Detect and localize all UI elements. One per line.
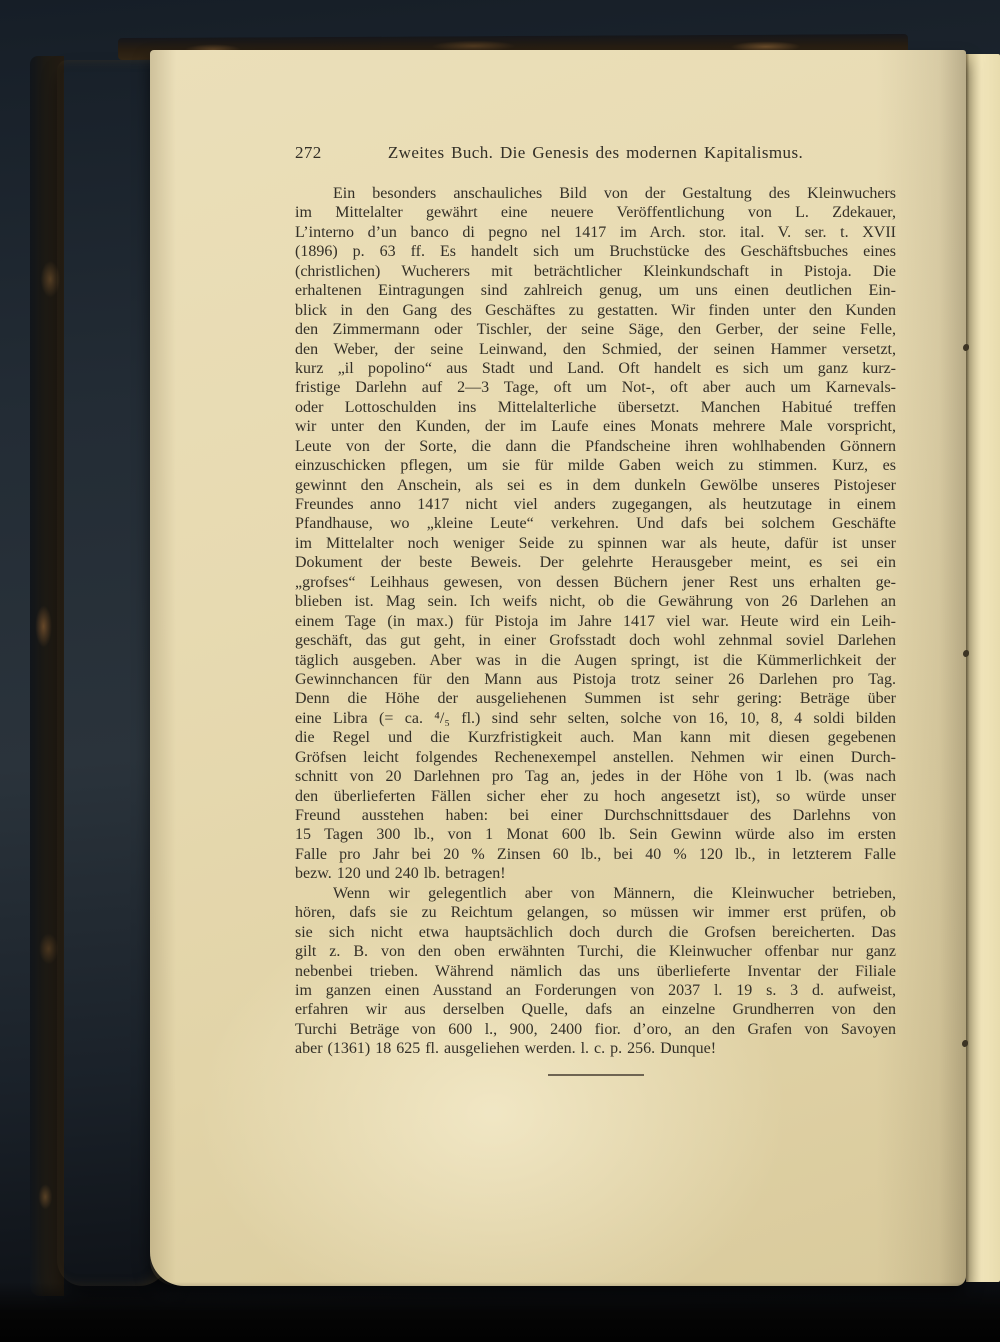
- text-line: (christlichen) Wucherers mit beträchtlic…: [295, 262, 896, 281]
- printed-text-block: 272 Zweites Buch. Die Genesis des modern…: [295, 143, 896, 1076]
- text-line: Freund ausstehen haben: bei einer Durchs…: [295, 806, 896, 825]
- text-line: im Mittelalter noch weniger Seide zu spi…: [295, 534, 896, 553]
- text-line: einem Tage (in max.) für Pistoja im Jahr…: [295, 612, 896, 631]
- text-line: die Regel und die Kurzfristigkeit auch. …: [295, 728, 896, 747]
- text-line: Denn die Höhe der ausgeliehenen Summen i…: [295, 689, 896, 708]
- text-line: nebenbei trieben. Während nämlich das un…: [295, 962, 896, 981]
- text-line: geschäft, das gut geht, in einer Grofsst…: [295, 631, 896, 650]
- running-title: Zweites Buch. Die Genesis des modernen K…: [295, 143, 896, 163]
- text-line: eine Libra (= ca. ⁴/₅ fl.) sind sehr sel…: [295, 709, 896, 728]
- facing-page-edge: [966, 54, 1000, 1282]
- text-line: gewinnt den Anschein, als sei es in dem …: [295, 476, 896, 495]
- text-line: den überlieferten Fällen sicher eher zu …: [295, 787, 896, 806]
- text-line: fristige Darlehn auf 2—3 Tage, oft um No…: [295, 378, 896, 397]
- text-line: hören, dafs sie zu Reichtum gelangen, so…: [295, 903, 896, 922]
- text-line: erhaltenen Eintragungen sind zahlreich g…: [295, 281, 896, 300]
- text-line: täglich ausgeben. Aber was in die Augen …: [295, 651, 896, 670]
- text-line: wir unter den Kunden, der im Laufe eines…: [295, 417, 896, 436]
- text-line: im ganzen einen Ausstand an Forderungen …: [295, 981, 896, 1000]
- bottom-shadow: [0, 1282, 1000, 1342]
- text-line: sie sich nicht etwa hauptsächlich doch d…: [295, 923, 896, 942]
- text-line: oder Lottoschulden ins Mittelalterliche …: [295, 398, 896, 417]
- text-line: Dokument der beste Beweis. Der gelehrte …: [295, 553, 896, 572]
- text-line: aber (1361) 18 625 fl. ausgeliehen werde…: [295, 1039, 896, 1058]
- text-line: blieben ist. Mag sein. Ich weifs nicht, …: [295, 592, 896, 611]
- text-line: 15 Tagen 300 lb., von 1 Monat 600 lb. Se…: [295, 825, 896, 844]
- text-line: „grofses“ Leihhaus gewesen, von dessen B…: [295, 573, 896, 592]
- text-line: (1896) p. 63 ff. Es handelt sich um Bruc…: [295, 242, 896, 261]
- text-line: einzuschicken pflegen, um sie für milde …: [295, 456, 896, 475]
- text-line: blick in den Gang des Geschäftes zu gest…: [295, 301, 896, 320]
- text-line: den Zimmermann oder Tischler, der seine …: [295, 320, 896, 339]
- text-line: L’interno d’un banco di pegno nel 1417 i…: [295, 223, 896, 242]
- text-line: bezw. 120 und 240 lb. betragen!: [295, 864, 896, 883]
- text-line: gilt z. B. von den oben erwähnten Turchi…: [295, 942, 896, 961]
- text-line: kurz „il popolino“ aus Stadt und Land. O…: [295, 359, 896, 378]
- text-line: den Weber, der seine Leinwand, den Schmi…: [295, 340, 896, 359]
- body-text: Ein besonders anschauliches Bild von der…: [295, 184, 896, 1059]
- text-line: im Mittelalter gewährt eine neuere Veröf…: [295, 203, 896, 222]
- text-line: Ein besonders anschauliches Bild von der…: [295, 184, 896, 203]
- text-line: Gewinnchancen für den Mann aus Pistoja t…: [295, 670, 896, 689]
- text-line: Pfandhause, wo „kleine Leute“ verkehren.…: [295, 514, 896, 533]
- text-line: erfahren wir aus derselben Quelle, dafs …: [295, 1000, 896, 1019]
- book-page: 272 Zweites Buch. Die Genesis des modern…: [150, 50, 966, 1286]
- text-line: Wenn wir gelegentlich aber von Männern, …: [295, 884, 896, 903]
- text-line: Leute von der Sorte, die dann die Pfands…: [295, 437, 896, 456]
- page-header: 272 Zweites Buch. Die Genesis des modern…: [295, 143, 896, 165]
- text-line: Freundes anno 1417 nicht viel anders zug…: [295, 495, 896, 514]
- text-line: Turchi Beträge von 600 l., 900, 2400 fio…: [295, 1020, 896, 1039]
- text-line: schnitt von 20 Darlehnen pro Tag an, jed…: [295, 767, 896, 786]
- text-line: Gröfsen leicht folgendes Rechenexempel a…: [295, 748, 896, 767]
- book-scan-photo: { "page_header": { "page_number": "272",…: [0, 0, 1000, 1342]
- text-line: Falle pro Jahr bei 20 % Zinsen 60 lb., b…: [295, 845, 896, 864]
- page-left-shading: [150, 50, 176, 1286]
- section-divider-rule: [548, 1074, 644, 1076]
